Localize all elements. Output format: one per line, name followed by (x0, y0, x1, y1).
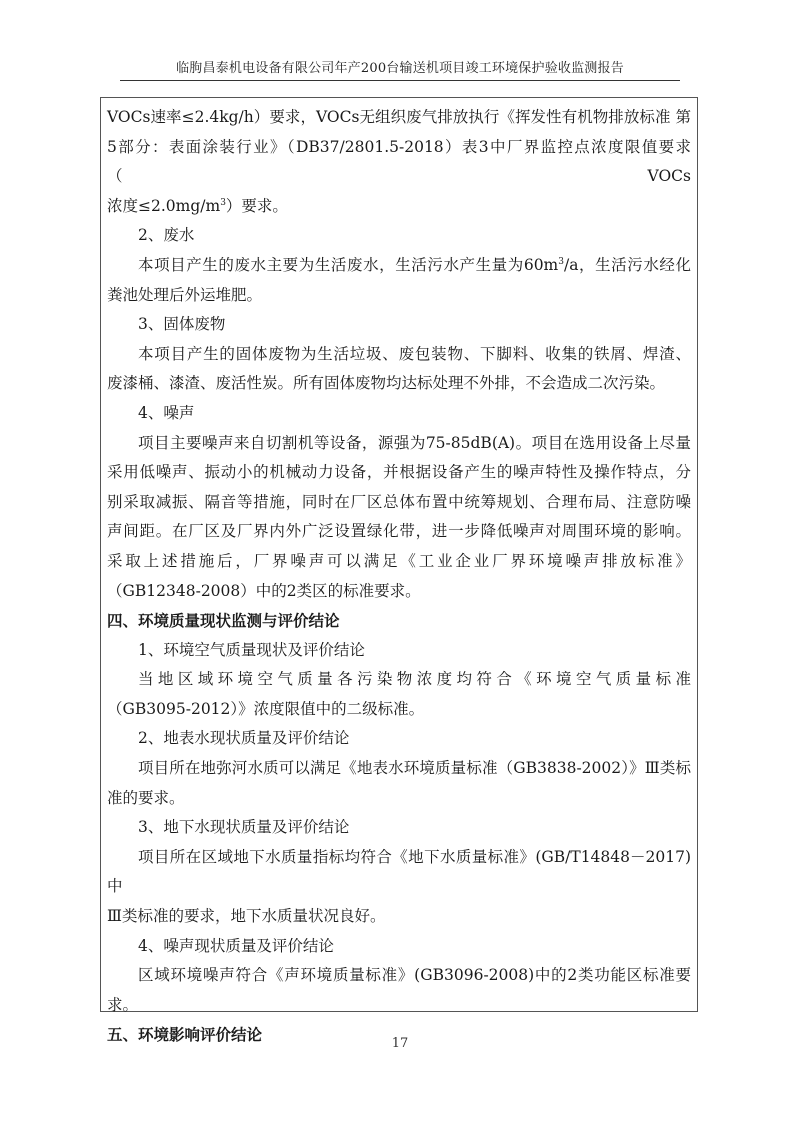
body-line: 5部分：表面涂装行业》（DB37/2801.5-2018）表3中厂界监控点浓度限… (107, 133, 691, 192)
page-header-title: 临朐昌泰机电设备有限公司年产200台输送机项目竣工环境保护验收监测报告 (120, 60, 680, 78)
text-fragment: ）要求。 (226, 197, 288, 215)
body-line: 准的要求。 (107, 784, 691, 814)
body-line: 区域环境噪声符合《声环境质量标准》(GB3096-2008)中的2类功能区标准要… (107, 961, 691, 1020)
text-fragment: 浓度≤2.0mg/m (107, 197, 220, 215)
body-line: 本项目产生的废水主要为生活废水，生活污水产生量为60m3/a，生活污水经化 (107, 251, 691, 281)
subheading-wastewater: 2、废水 (107, 221, 691, 251)
subheading-noise-status: 4、噪声现状质量及评价结论 (107, 932, 691, 962)
body-line: VOCs速率≤2.4kg/h）要求，VOCs无组织废气排放执行《挥发性有机物排放… (107, 103, 691, 133)
subheading-surface-water: 2、地表水现状质量及评价结论 (107, 724, 691, 754)
body-line: 采用低噪声、振动小的机械动力设备，并根据设备产生的噪声特性及操作特点，分 (107, 458, 691, 488)
content-table-cell: VOCs速率≤2.4kg/h）要求，VOCs无组织废气排放执行《挥发性有机物排放… (100, 97, 698, 1012)
body-line: （GB3095-2012）》浓度限值中的二级标准。 (107, 695, 691, 725)
body-line: 项目所在区域地下水质量指标均符合《地下水质量标准》(GB/T14848－2017… (107, 843, 691, 902)
body-line: 粪池处理后外运堆肥。 (107, 281, 691, 311)
body-line: 浓度≤2.0mg/m3）要求。 (107, 192, 691, 222)
page-number: 17 (350, 1036, 450, 1051)
body-line: 采取上述措施后，厂界噪声可以满足《工业企业厂界环境噪声排放标准》 (107, 547, 691, 577)
section-heading-4: 四、环境质量现状监测与评价结论 (107, 606, 691, 636)
body-line: 废漆桶、漆渣、废活性炭。所有固体废物均达标处理不外排，不会造成二次污染。 (107, 369, 691, 399)
header-divider (120, 80, 680, 81)
body-line: 声间距。在厂区及厂界内外广泛设置绿化带，进一步降低噪声对周围环境的影响。 (107, 517, 691, 547)
body-line: Ⅲ类标准的要求，地下水质量状况良好。 (107, 902, 691, 932)
subheading-air-quality: 1、环境空气质量现状及评价结论 (107, 636, 691, 666)
body-line: 本项目产生的固体废物为生活垃圾、废包装物、下脚料、收集的铁屑、焊渣、 (107, 340, 691, 370)
subheading-solid-waste: 3、固体废物 (107, 310, 691, 340)
body-line: （GB12348-2008）中的2类区的标准要求。 (107, 577, 691, 607)
subheading-groundwater: 3、地下水现状质量及评价结论 (107, 813, 691, 843)
subheading-noise: 4、噪声 (107, 399, 691, 429)
text-fragment: /a，生活污水经化 (564, 256, 691, 274)
body-line: 当地区域环境空气质量各污染物浓度均符合《环境空气质量标准 (107, 665, 691, 695)
body-line: 项目主要噪声来自切割机等设备，源强为75-85dB(A)。项目在选用设备上尽量 (107, 429, 691, 459)
body-line: 别采取减振、隔音等措施，同时在厂区总体布置中统筹规划、合理布局、注意防噪 (107, 488, 691, 518)
body-line: 项目所在地弥河水质可以满足《地表水环境质量标准（GB3838-2002）》Ⅲ类标 (107, 754, 691, 784)
text-fragment: 本项目产生的废水主要为生活废水，生活污水产生量为60m (138, 256, 558, 274)
